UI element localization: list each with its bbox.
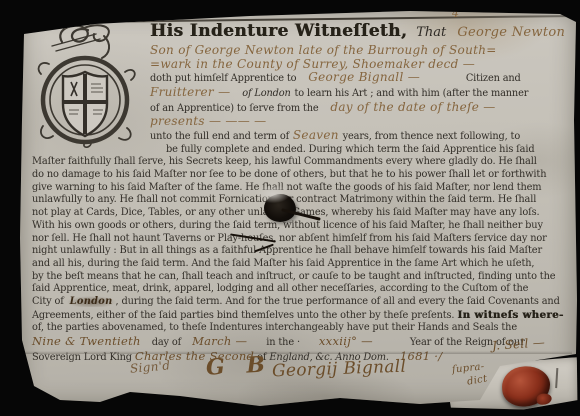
wax-seal	[501, 365, 551, 407]
printed-line: Maſter faithfully ſhall ſerve, his Secre…	[32, 156, 566, 169]
month-hand: March —	[192, 334, 247, 348]
printed-text: in the ·	[266, 337, 300, 348]
trade-hand: Fruitterer —	[150, 85, 230, 99]
woodcut-initial-T	[32, 20, 144, 149]
london-arms-shield	[63, 72, 107, 136]
paper-hole	[264, 194, 296, 222]
printed-text: City of	[32, 296, 64, 307]
regnal-year-hand: xxxiij° —	[319, 334, 373, 348]
fold-crease	[24, 351, 572, 354]
printed-line: give warning to his ſaid Maſter of the ſ…	[32, 182, 566, 195]
line-in-witness: Agreements, either of the ſaid parties b…	[32, 309, 566, 323]
printed-line: night unlawfully : But in all things as …	[32, 245, 566, 258]
signature-initials: G B	[205, 351, 272, 380]
printed-line: and all his, during the ſaid term. And t…	[32, 258, 566, 271]
parchment-slit	[555, 368, 558, 388]
printed-line: unlawfully to any. He ſhall not commit F…	[32, 194, 566, 207]
printed-text: years, from thence next following, to	[343, 131, 520, 142]
london-hand-blot: London	[67, 296, 116, 307]
printed-text: doth put himſelf Apprentice to	[150, 73, 296, 84]
term-years-hand: Seaven	[293, 128, 339, 142]
heading-blackletter: His Indenture Witneſſeth,	[150, 21, 407, 41]
line-city-of-london: City of London, during the ſaid term. An…	[32, 296, 566, 309]
master-name-hand: George Bignall —	[308, 70, 420, 84]
printed-text: Agreements, either of the ſaid parties b…	[32, 310, 454, 321]
printed-text: day of	[152, 337, 181, 348]
woodcut-initial-art	[32, 20, 144, 149]
apprentice-name-hand: George Newton	[457, 25, 565, 40]
date-phrase-hand: day of the date of theſe —	[330, 100, 495, 114]
printed-text: to learn his Art ; and with him (after t…	[295, 88, 529, 99]
printed-text: Citizen and	[466, 73, 521, 84]
day-hand: Nine & Twentieth	[32, 334, 141, 348]
printed-text: unto the full end and term of	[150, 131, 289, 142]
printed-line: With his own goods or others, during the…	[32, 220, 566, 233]
printed-text: , during the ſaid term. And for the true…	[116, 296, 560, 307]
printed-line: do no damage to his ſaid Maſter nor ſee …	[32, 169, 566, 182]
date-line: Nine & Twentieth day of March — in the ·…	[32, 335, 566, 350]
scan-background: 4°	[0, 0, 580, 416]
indenture-document: 4°	[18, 8, 578, 408]
printed-text: of an Apprentice) to ſerve from the	[150, 103, 319, 114]
printed-line: ſaid Apprentice, meat, drink, apparel, l…	[32, 283, 566, 296]
in-witness-blackletter: In witneſs where-	[457, 309, 563, 321]
printed-line: nor ſell. He ſhall not haunt Taverns or …	[32, 233, 566, 246]
heading-that: That	[416, 25, 446, 40]
printed-line: by the beſt means that he can, ſhall tea…	[32, 271, 566, 284]
printed-italic: of London	[242, 88, 290, 99]
